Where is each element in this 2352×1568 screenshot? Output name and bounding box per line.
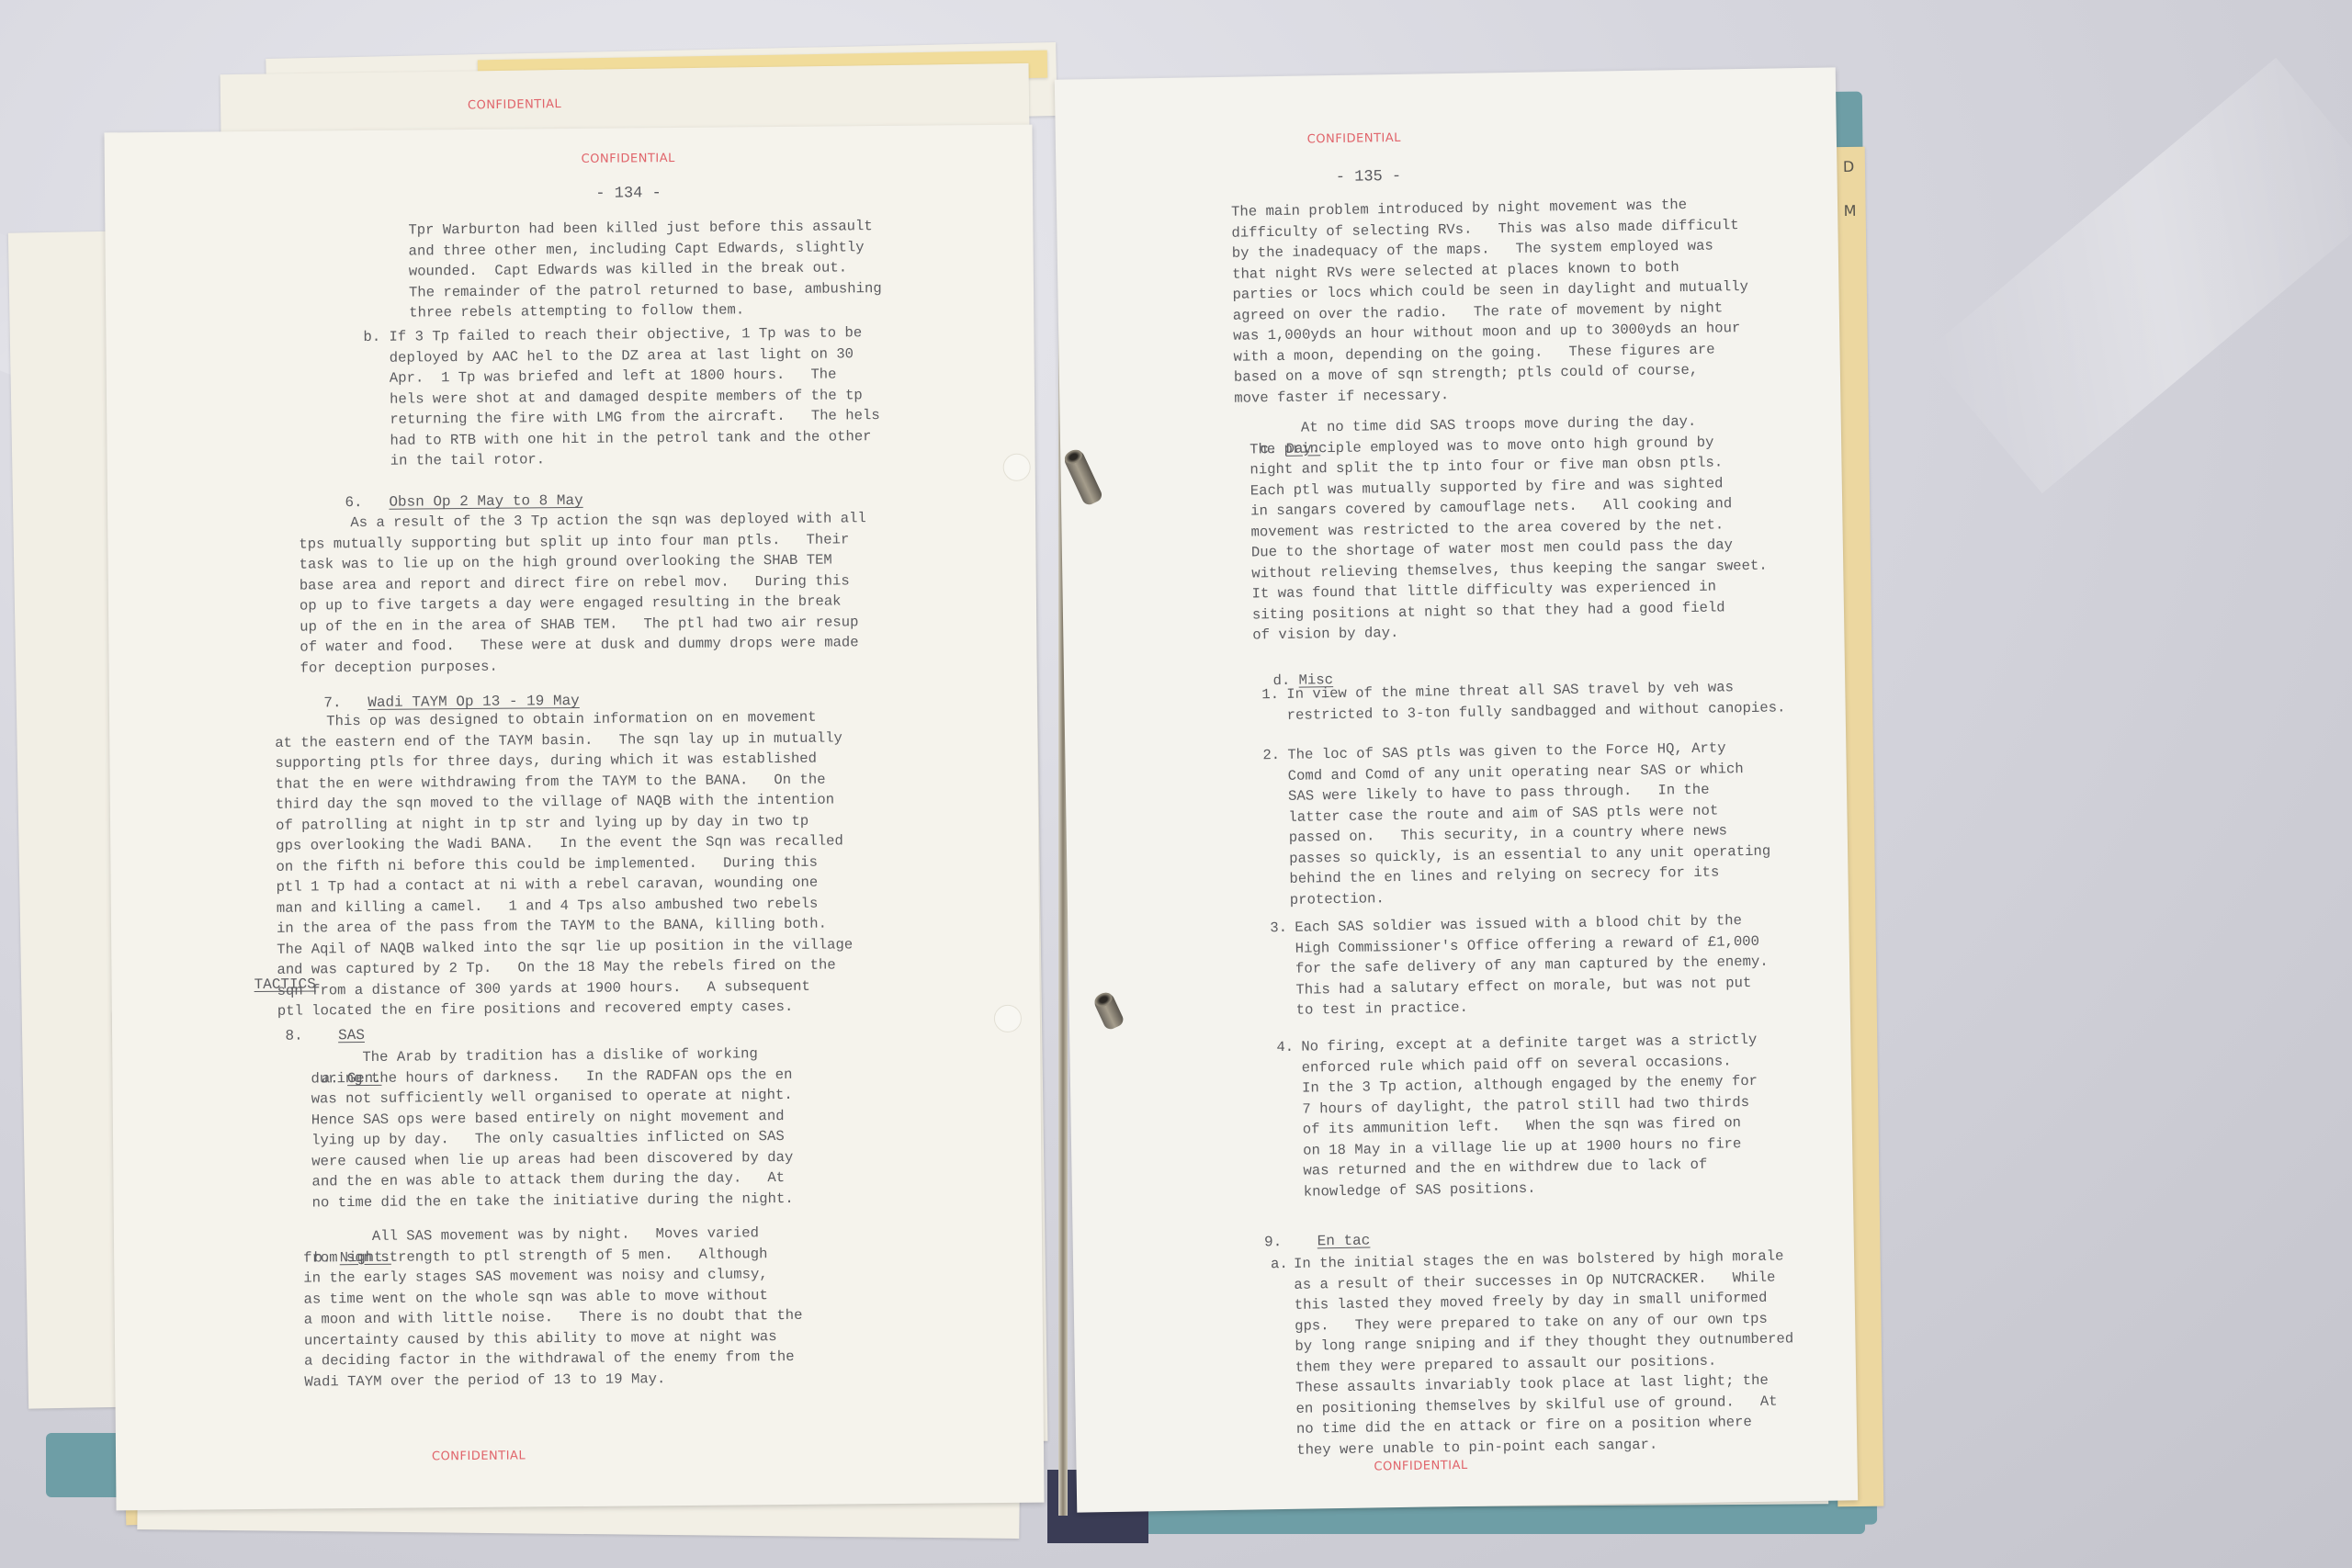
paragraph-8c-body: At no time did SAS troops move during th… xyxy=(1249,411,1769,646)
section-number: 8. xyxy=(285,1028,302,1044)
misc-item-4: 4. No firing, except at a definite targe… xyxy=(1055,67,1836,79)
misc-item-number: 1. xyxy=(1261,684,1279,705)
continuation-paragraph: The main problem introduced by night mov… xyxy=(1231,194,1750,409)
punch-hole xyxy=(994,1005,1022,1032)
paragraph-5b: b. If 3 Tp failed to reach their objecti… xyxy=(363,322,880,471)
misc-item-text: The loc of SAS ptls was given to the For… xyxy=(1287,738,1771,910)
section-6-body: As a result of the 3 Tp action the sqn w… xyxy=(299,508,867,678)
misc-item-3: 3. Each SAS soldier was issued with a bl… xyxy=(1055,67,1836,79)
document-page-135: CONFIDENTIAL - 135 - The main problem in… xyxy=(1055,67,1858,1512)
misc-item-number: 2. xyxy=(1262,745,1280,766)
section-number: 9. xyxy=(1264,1234,1282,1250)
misc-item-text: In view of the mine threat all SAS trave… xyxy=(1286,676,1785,726)
page-number: - 135 - xyxy=(899,161,1837,193)
misc-item-text: No firing, except at a definite target w… xyxy=(1301,1030,1759,1202)
section-title: Obsn Op 2 May to 8 May xyxy=(389,492,582,511)
section-title: Wadi TAYM Op 13 - 19 May xyxy=(367,693,580,711)
divider-tab-d: D xyxy=(1843,158,1855,175)
underlying-confidential-mark: CONFIDENTIAL xyxy=(0,91,1029,119)
punch-hole xyxy=(1003,454,1031,481)
divider-tab-m: M xyxy=(1844,202,1857,220)
misc-item-1: 1. In view of the mine threat all SAS tr… xyxy=(1055,67,1836,79)
misc-item-number: 4. xyxy=(1276,1037,1294,1058)
cloth-fold xyxy=(1924,58,2352,494)
document-page-134: CONFIDENTIAL - 134 - Tpr Warburton had b… xyxy=(104,125,1044,1511)
section-title: SAS xyxy=(338,1027,365,1043)
section-number: 7. xyxy=(323,694,341,711)
continuation-paragraph: Tpr Warburton had been killed just befor… xyxy=(408,216,882,323)
paragraph-9a-label: a. xyxy=(1271,1254,1288,1275)
section-7-body: This op was designed to obtain informati… xyxy=(275,706,854,1021)
section-title: En tac xyxy=(1317,1233,1371,1250)
misc-item-number: 3. xyxy=(1270,918,1287,939)
paragraph-9a-body: In the initial stages the en was bolster… xyxy=(1294,1246,1795,1460)
confidential-footer: CONFIDENTIAL xyxy=(0,1445,1044,1469)
misc-item-text: Each SAS soldier was issued with a blood… xyxy=(1295,910,1769,1021)
section-number: 6. xyxy=(345,494,362,511)
paragraph-8b-body: All SAS movement was by night. Moves var… xyxy=(303,1223,803,1393)
paragraph-8a-body: The Arab by tradition has a dislike of w… xyxy=(311,1043,794,1213)
misc-item-2: 2. The loc of SAS ptls was given to the … xyxy=(1055,67,1836,79)
tactics-heading: TACTICS xyxy=(254,976,315,993)
